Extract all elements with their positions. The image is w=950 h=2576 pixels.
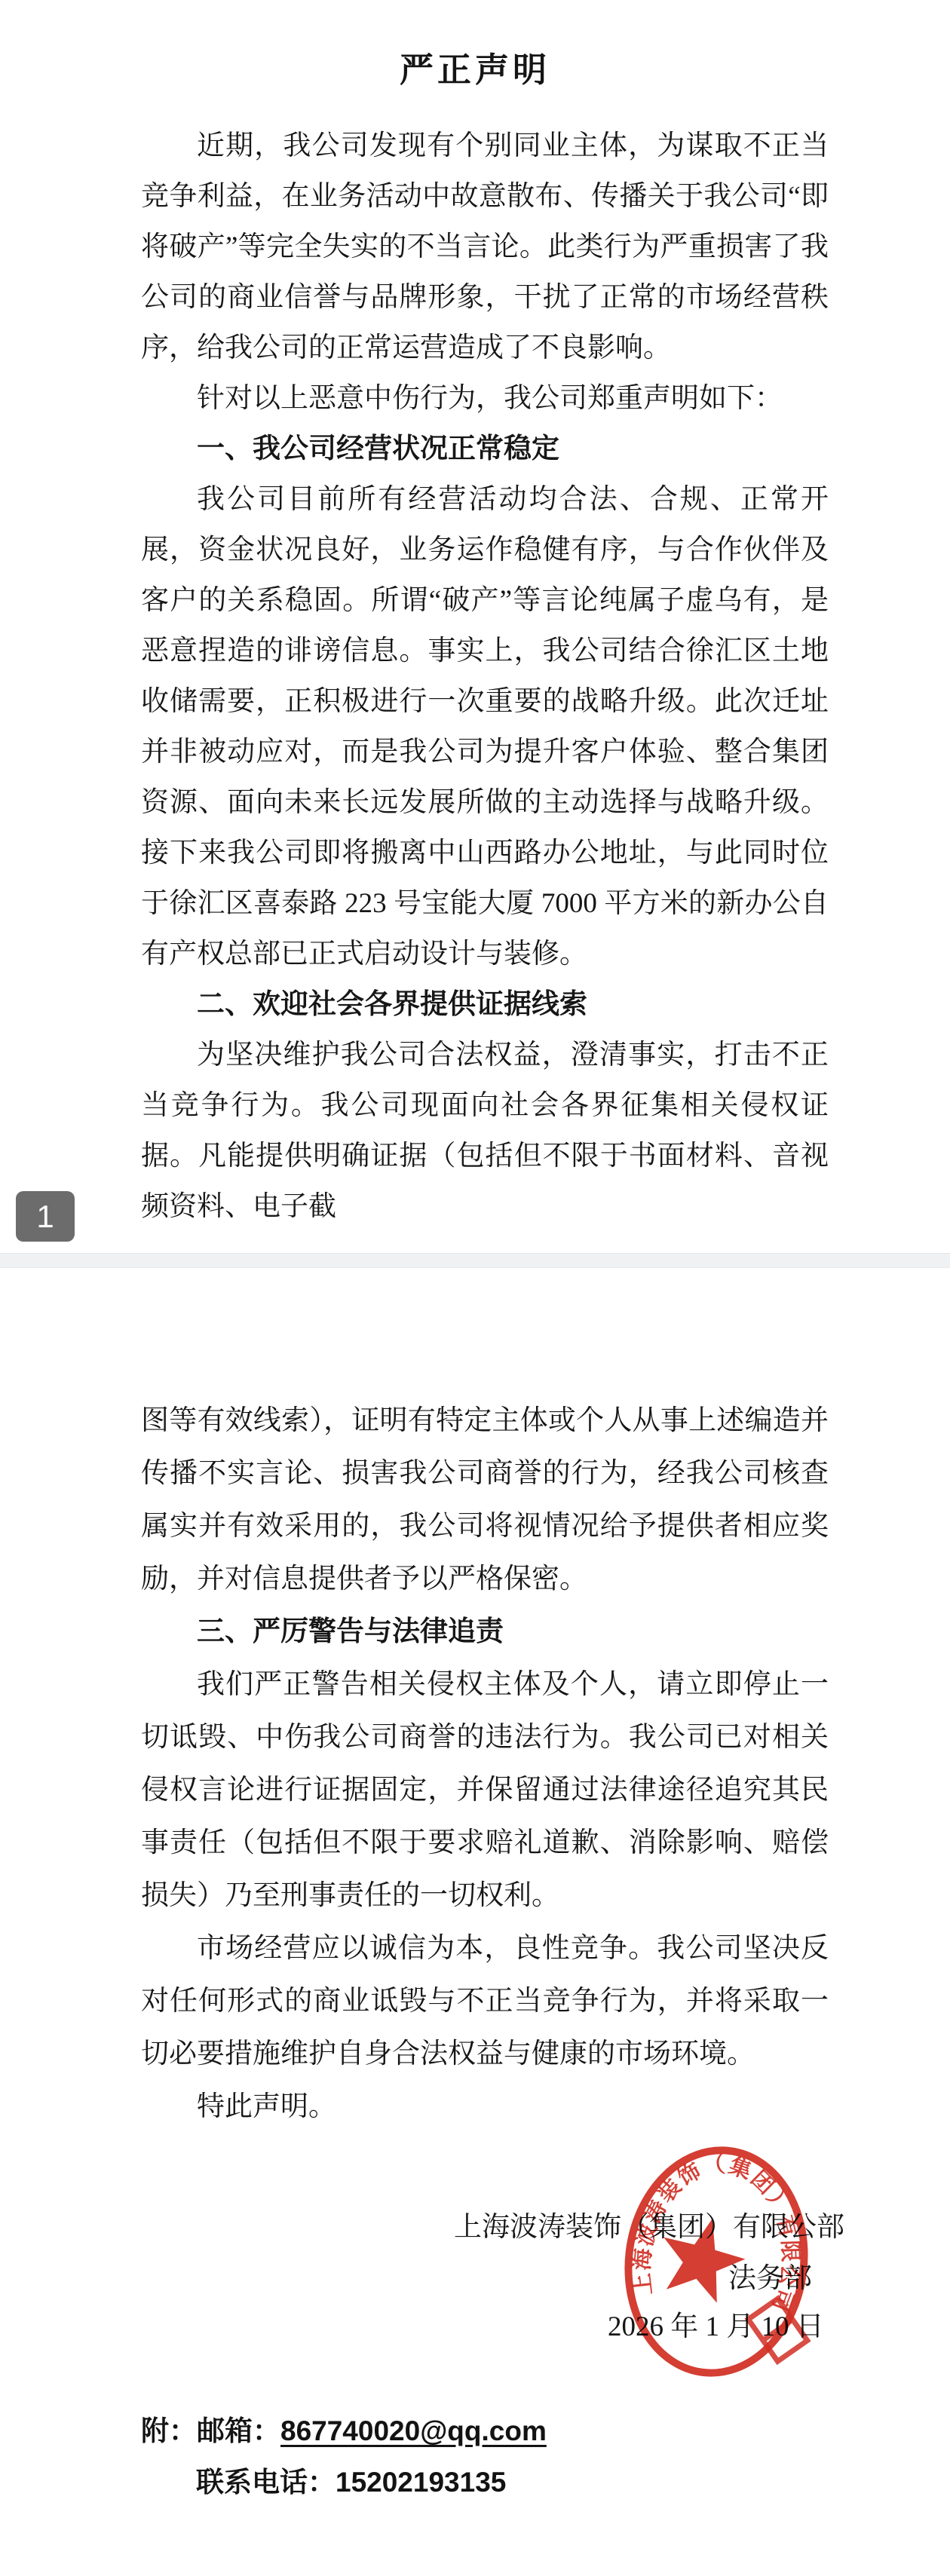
body-paragraph: 我公司目前所有经营活动均合法、合规、正常开展，资金状况良好，业务运作稳健有序，与… [141,474,829,979]
body-paragraph: 近期，我公司发现有个别同业主体，为谋取不正当竞争利益，在业务活动中故意散布、传播… [141,121,829,373]
document-viewer: { "viewer": { "page_badge": "1" }, "doc"… [0,0,950,2576]
body-paragraph: 特此声明。 [141,2081,829,2133]
body-paragraph: 为坚决维护我公司合法权益，澄清事实，打击不正当竞争行为。我公司现面向社会各界征集… [141,1030,829,1232]
document-page-2: 图等有效线索），证明有特定主体或个人从事上述编造并传播不实言论、损害我公司商誉的… [0,1268,950,2576]
body-paragraph: 我们严正警告相关侵权主体及个人，请立即停止一切诋毁、中伤我公司商誉的违法行为。我… [141,1659,829,1922]
section-heading: 二、欢迎社会各界提供证据线索 [141,979,829,1030]
page2-body-text: 图等有效线索），证明有特定主体或个人从事上述编造并传播不实言论、损害我公司商誉的… [141,1395,829,2133]
footer-phone-line: 联系电话：15202193135 [196,2465,506,2501]
email-label: 附：邮箱： [141,2416,280,2447]
email-link[interactable]: 867740020@qq.com [280,2415,547,2446]
phone-label: 联系电话： [196,2467,336,2498]
signature-company-line: 上海波涛装饰（集团）有限公部 [454,2212,844,2244]
page1-body-text: 近期，我公司发现有个别同业主体，为谋取不正当竞争利益，在业务活动中故意散布、传播… [141,121,829,1232]
page-number-badge: 1 [16,1191,75,1242]
page-separator [0,1253,950,1268]
document-title: 严正声明 [0,42,950,91]
signature-date: 2026 年 1 月 10 日 [608,2311,824,2343]
body-paragraph: 市场经营应以诚信为本，良性竞争。我公司坚决反对任何形式的商业诋毁与不正当竞争行为… [141,1922,829,2081]
section-heading: 三、严厉警告与法律追责 [141,1606,829,1659]
body-paragraph: 针对以上恶意中伤行为，我公司郑重声明如下： [141,373,829,424]
document-page-1: 严正声明 近期，我公司发现有个别同业主体，为谋取不正当竞争利益，在业务活动中故意… [0,0,950,1253]
body-paragraph: 图等有效线索），证明有特定主体或个人从事上述编造并传播不实言论、损害我公司商誉的… [141,1395,829,1606]
section-heading: 一、我公司经营状况正常稳定 [141,424,829,474]
phone-number: 15202193135 [336,2467,506,2498]
footer-email-line: 附：邮箱：867740020@qq.com [141,2414,547,2449]
signature-department: 法务部 [728,2263,812,2295]
